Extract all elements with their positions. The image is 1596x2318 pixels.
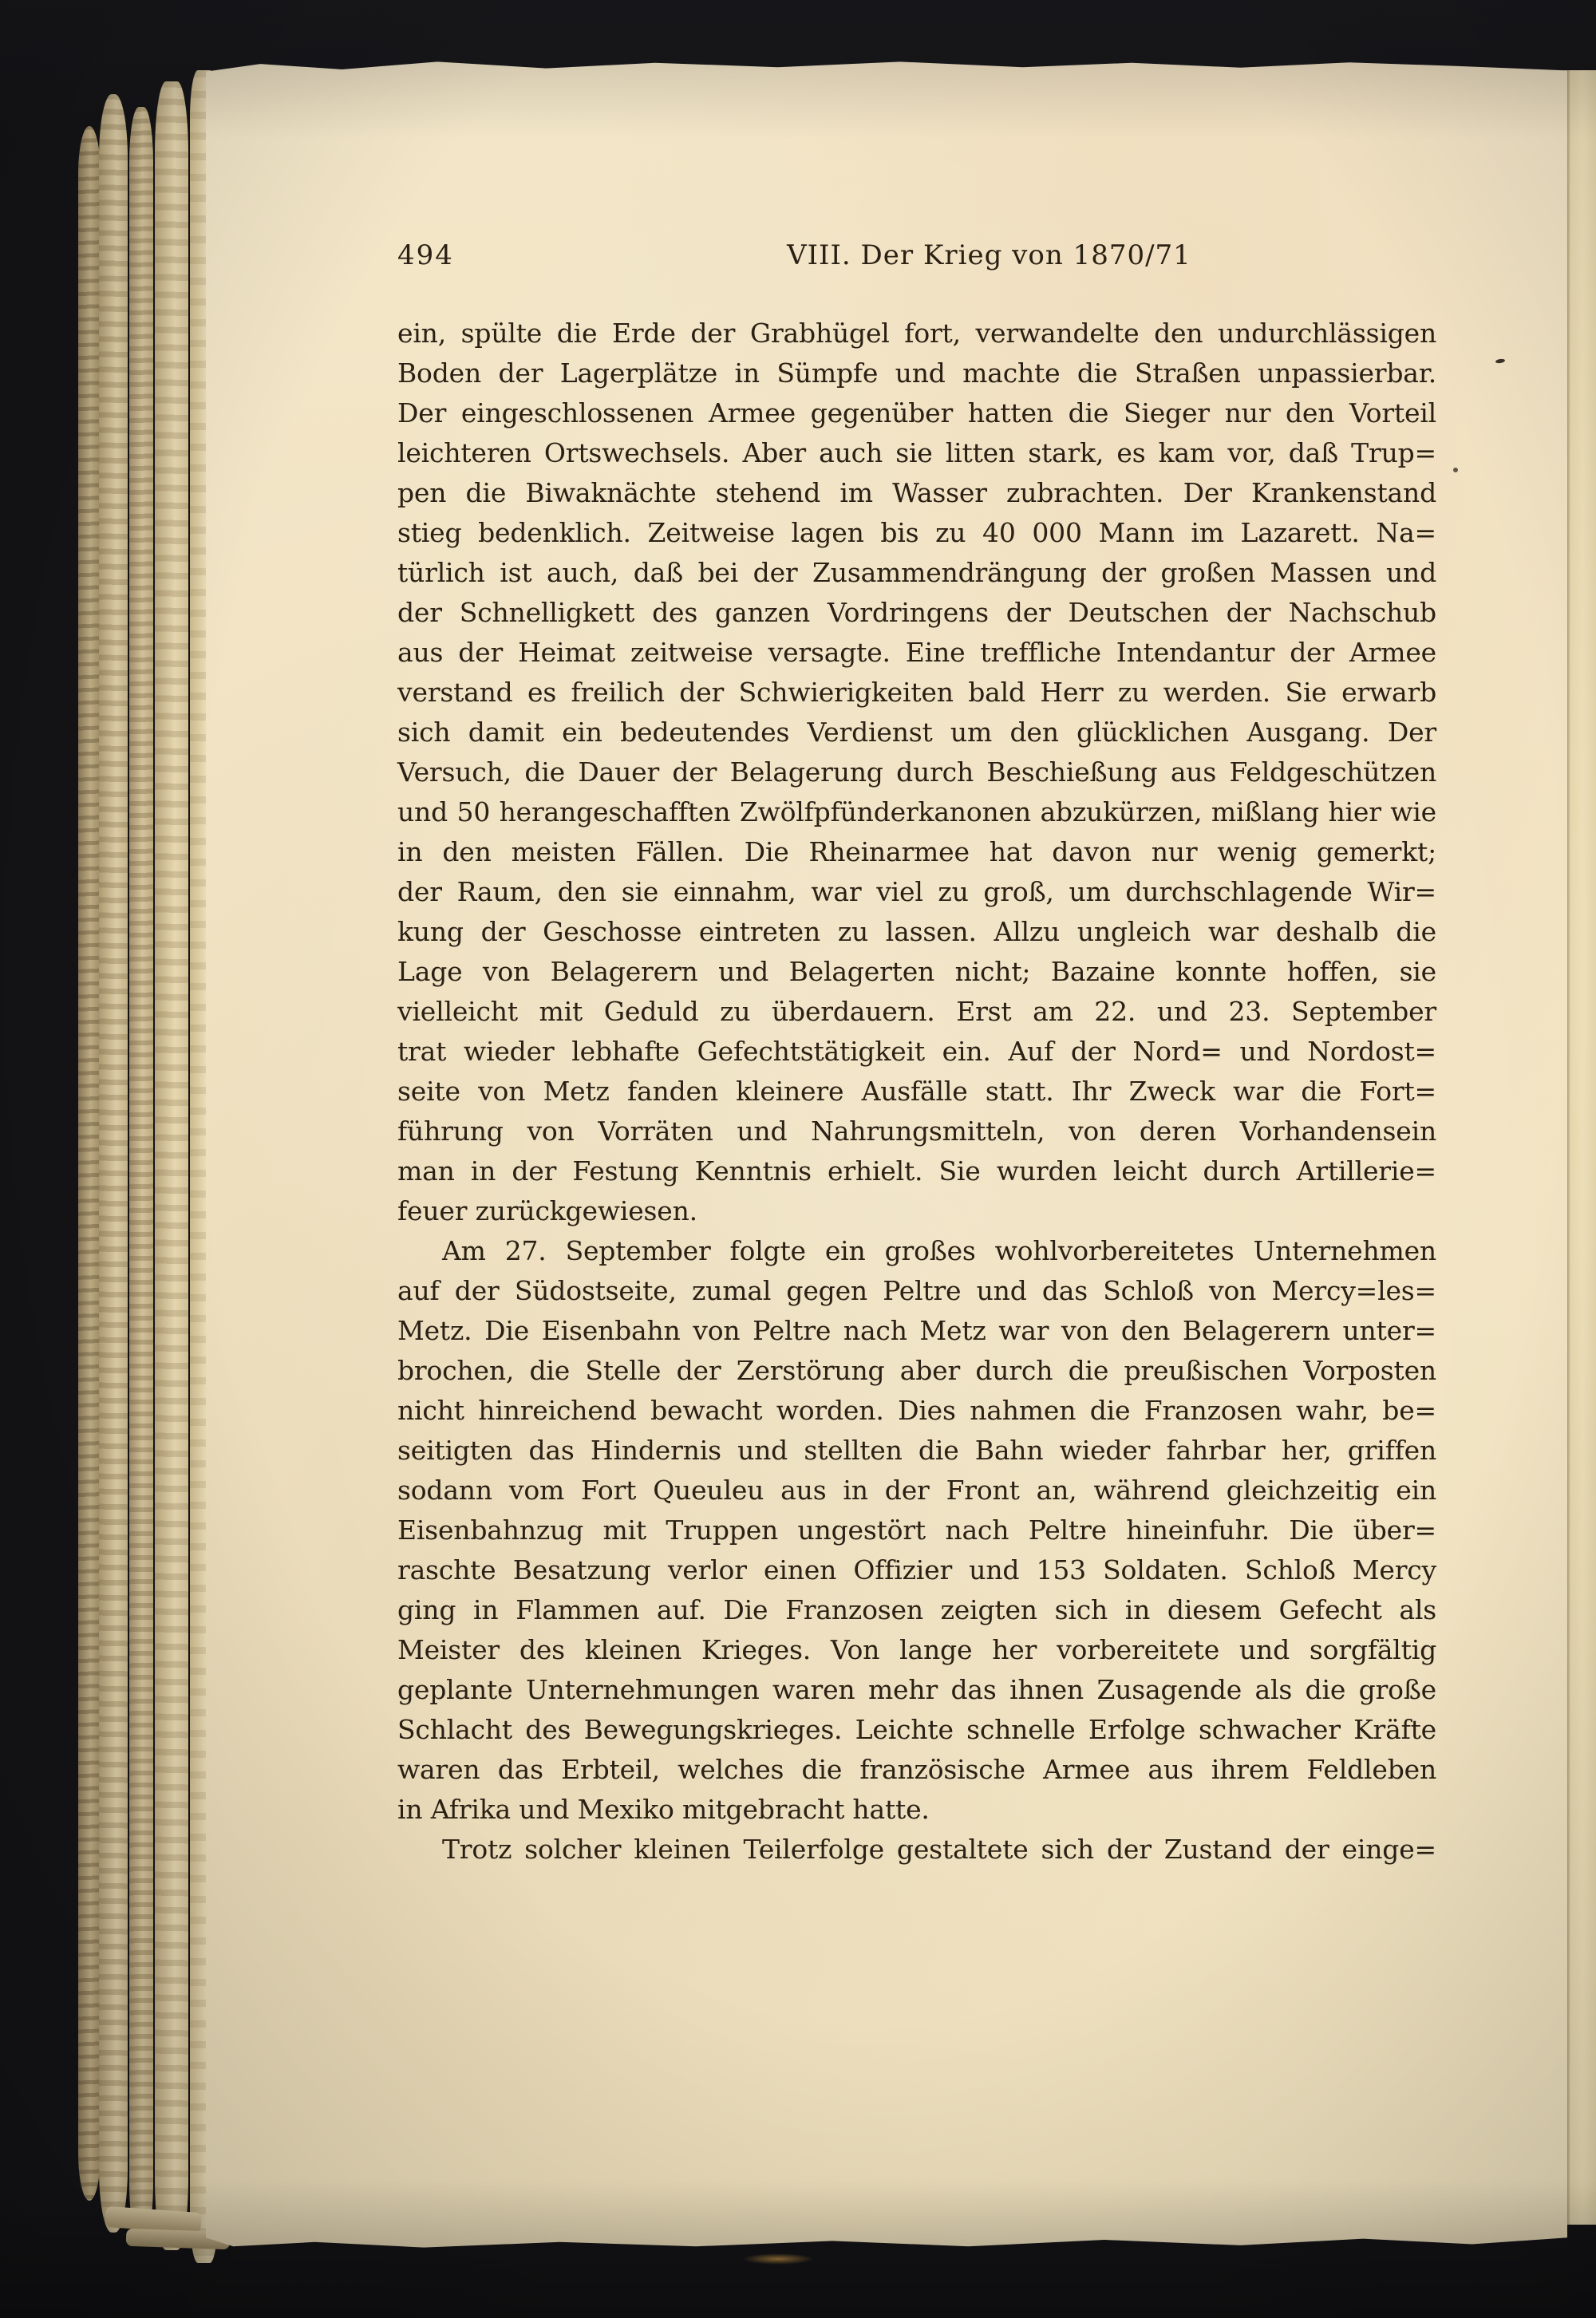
page-edge-strip: [129, 107, 153, 2239]
text-line: in den meisten Fällen. Die Rheinarmee ha…: [397, 832, 1436, 872]
text-line: sodann vom Fort Queuleu aus in der Front…: [397, 1471, 1436, 1510]
text-line: ein, spülte die Erde der Grabhügel fort,…: [397, 314, 1436, 353]
text-line: der Schnelligkett des ganzen Vordringens…: [397, 593, 1436, 633]
page-header: 494 VIII. Der Krieg von 1870/71: [397, 238, 1436, 273]
text-line: der Raum, den sie einnahm, war viel zu g…: [397, 872, 1436, 912]
page-edge-strip: [78, 126, 101, 2201]
paper-stain: [742, 2253, 814, 2265]
text-line: führung von Vorräten und Nahrungsmitteln…: [397, 1112, 1436, 1151]
text-line: aus der Heimat zeitweise versagte. Eine …: [397, 633, 1436, 673]
page-stack-edges: [78, 70, 218, 2261]
text-line: stieg bedenklich. Zeitweise lagen bis zu…: [397, 513, 1436, 553]
page-edge-strip: [155, 81, 188, 2250]
ink-speck: [1453, 468, 1458, 472]
adjacent-page-edge: [1562, 70, 1596, 2225]
text-line: Lage von Belagerern und Belagerten nicht…: [397, 952, 1436, 992]
body-text: ein, spülte die Erde der Grabhügel fort,…: [397, 314, 1436, 1870]
text-line: Eisenbahnzug mit Truppen ungestört nach …: [397, 1510, 1436, 1550]
text-line: raschte Besatzung verlor einen Offizier …: [397, 1550, 1436, 1590]
text-line: trat wieder lebhafte Gefechtstätigkeit e…: [397, 1032, 1436, 1072]
running-header: VIII. Der Krieg von 1870/71: [498, 238, 1480, 273]
page-number: 494: [397, 238, 454, 273]
text-line: in Afrika und Mexiko mitgebracht hatte.: [397, 1790, 1436, 1830]
page-edge-strip: [99, 94, 128, 2233]
text-line: sich damit ein bedeutendes Verdienst um …: [397, 713, 1436, 752]
text-line: Versuch, die Dauer der Belagerung durch …: [397, 752, 1436, 792]
text-line: Am 27. September folgte ein großes wohlv…: [397, 1231, 1436, 1271]
text-line: Metz. Die Eisenbahn von Peltre nach Metz…: [397, 1311, 1436, 1351]
text-line: türlich ist auch, daß bei der Zusammendr…: [397, 553, 1436, 593]
text-line: nicht hinreichend bewacht worden. Dies n…: [397, 1391, 1436, 1431]
text-line: waren das Erbteil, welches die französis…: [397, 1750, 1436, 1790]
text-line: und 50 herangeschafften Zwölfpfünderkano…: [397, 792, 1436, 832]
text-line: vielleicht mit Geduld zu überdauern. Ers…: [397, 992, 1436, 1032]
text-line: Boden der Lagerplätze in Sümpfe und mach…: [397, 353, 1436, 393]
text-line: verstand es freilich der Schwierigkeiten…: [397, 673, 1436, 713]
text-line: brochen, die Stelle der Zerstörung aber …: [397, 1351, 1436, 1391]
text-line: ging in Flammen auf. Die Franzosen zeigt…: [397, 1590, 1436, 1630]
text-line: Meister des kleinen Krieges. Von lange h…: [397, 1630, 1436, 1670]
text-line: leichteren Ortswechsels. Aber auch sie l…: [397, 433, 1436, 473]
text-line: geplante Unternehmungen waren mehr das i…: [397, 1670, 1436, 1710]
text-line: seite von Metz fanden kleinere Ausfälle …: [397, 1072, 1436, 1112]
text-line: Trotz solcher kleinen Teilerfolge gestal…: [397, 1830, 1436, 1870]
text-line: seitigten das Hindernis und stellten die…: [397, 1431, 1436, 1471]
text-line: kung der Geschosse eintreten zu lassen. …: [397, 912, 1436, 952]
text-line: Der eingeschlossenen Armee gegenüber hat…: [397, 393, 1436, 433]
text-line: pen die Biwaknächte stehend im Wasser zu…: [397, 473, 1436, 513]
text-line: auf der Südostseite, zumal gegen Peltre …: [397, 1271, 1436, 1311]
text-line: feuer zurückgewiesen.: [397, 1191, 1436, 1231]
book-page: 494 VIII. Der Krieg von 1870/71 ein, spü…: [206, 61, 1567, 2249]
text-line: Schlacht des Bewegungskrieges. Leichte s…: [397, 1710, 1436, 1750]
text-line: man in der Festung Kenntnis erhielt. Sie…: [397, 1151, 1436, 1191]
